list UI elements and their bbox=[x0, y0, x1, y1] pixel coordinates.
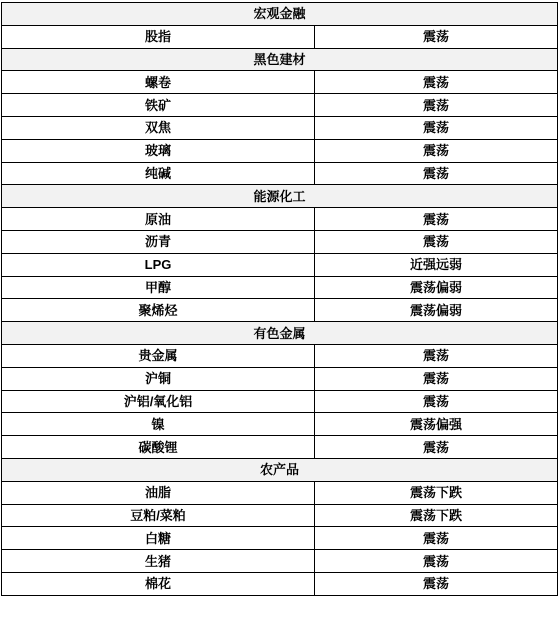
trend-cell: 震荡 bbox=[315, 162, 558, 185]
section-header-row: 能源化工 bbox=[2, 185, 558, 208]
table-row: 甲醇震荡偏弱 bbox=[2, 276, 558, 299]
table-row: 豆粕/菜粕震荡下跌 bbox=[2, 504, 558, 527]
table-row: 沥青震荡 bbox=[2, 230, 558, 253]
table-row: 铁矿震荡 bbox=[2, 94, 558, 117]
section-header-cell: 黑色建材 bbox=[2, 48, 558, 71]
table-row: 生猪震荡 bbox=[2, 550, 558, 573]
table-row: 原油震荡 bbox=[2, 208, 558, 231]
table-body: 宏观金融股指震荡黑色建材螺卷震荡铁矿震荡双焦震荡玻璃震荡纯碱震荡能源化工原油震荡… bbox=[2, 3, 558, 596]
trend-cell: 震荡偏强 bbox=[315, 413, 558, 436]
instrument-cell: 棉花 bbox=[2, 572, 315, 595]
instrument-cell: 镍 bbox=[2, 413, 315, 436]
section-header-cell: 农产品 bbox=[2, 458, 558, 481]
instrument-cell: 白糖 bbox=[2, 527, 315, 550]
table-row: 股指震荡 bbox=[2, 25, 558, 48]
trend-cell: 震荡下跌 bbox=[315, 481, 558, 504]
instrument-cell: 铁矿 bbox=[2, 94, 315, 117]
instrument-cell: 双焦 bbox=[2, 116, 315, 139]
table-row: 白糖震荡 bbox=[2, 527, 558, 550]
section-header-row: 有色金属 bbox=[2, 322, 558, 345]
trend-cell: 震荡 bbox=[315, 436, 558, 459]
table-row: 贵金属震荡 bbox=[2, 344, 558, 367]
trend-cell: 震荡 bbox=[315, 25, 558, 48]
instrument-cell: 聚烯烃 bbox=[2, 299, 315, 322]
table-row: LPG近强远弱 bbox=[2, 253, 558, 276]
section-header-row: 农产品 bbox=[2, 458, 558, 481]
instrument-cell: LPG bbox=[2, 253, 315, 276]
trend-cell: 震荡 bbox=[315, 208, 558, 231]
trend-cell: 震荡 bbox=[315, 572, 558, 595]
section-header-cell: 能源化工 bbox=[2, 185, 558, 208]
table-row: 沪铜震荡 bbox=[2, 367, 558, 390]
instrument-cell: 甲醇 bbox=[2, 276, 315, 299]
table-row: 沪铝/氧化铝震荡 bbox=[2, 390, 558, 413]
trend-cell: 震荡 bbox=[315, 550, 558, 573]
table-row: 双焦震荡 bbox=[2, 116, 558, 139]
instrument-cell: 沪铝/氧化铝 bbox=[2, 390, 315, 413]
instrument-cell: 螺卷 bbox=[2, 71, 315, 94]
instrument-cell: 生猪 bbox=[2, 550, 315, 573]
market-outlook-table: 宏观金融股指震荡黑色建材螺卷震荡铁矿震荡双焦震荡玻璃震荡纯碱震荡能源化工原油震荡… bbox=[1, 2, 558, 596]
instrument-cell: 纯碱 bbox=[2, 162, 315, 185]
section-header-cell: 宏观金融 bbox=[2, 3, 558, 26]
table-row: 碳酸锂震荡 bbox=[2, 436, 558, 459]
table-row: 螺卷震荡 bbox=[2, 71, 558, 94]
instrument-cell: 沪铜 bbox=[2, 367, 315, 390]
trend-cell: 震荡 bbox=[315, 71, 558, 94]
trend-cell: 震荡 bbox=[315, 139, 558, 162]
trend-cell: 震荡 bbox=[315, 390, 558, 413]
section-header-row: 黑色建材 bbox=[2, 48, 558, 71]
table-row: 棉花震荡 bbox=[2, 572, 558, 595]
trend-cell: 震荡偏弱 bbox=[315, 299, 558, 322]
instrument-cell: 原油 bbox=[2, 208, 315, 231]
trend-cell: 震荡 bbox=[315, 367, 558, 390]
instrument-cell: 豆粕/菜粕 bbox=[2, 504, 315, 527]
section-header-cell: 有色金属 bbox=[2, 322, 558, 345]
instrument-cell: 股指 bbox=[2, 25, 315, 48]
section-header-row: 宏观金融 bbox=[2, 3, 558, 26]
instrument-cell: 油脂 bbox=[2, 481, 315, 504]
instrument-cell: 玻璃 bbox=[2, 139, 315, 162]
trend-cell: 震荡 bbox=[315, 230, 558, 253]
instrument-cell: 沥青 bbox=[2, 230, 315, 253]
trend-cell: 近强远弱 bbox=[315, 253, 558, 276]
trend-cell: 震荡 bbox=[315, 344, 558, 367]
table-row: 镍震荡偏强 bbox=[2, 413, 558, 436]
table-row: 玻璃震荡 bbox=[2, 139, 558, 162]
trend-cell: 震荡偏弱 bbox=[315, 276, 558, 299]
table-row: 纯碱震荡 bbox=[2, 162, 558, 185]
trend-cell: 震荡下跌 bbox=[315, 504, 558, 527]
table-row: 聚烯烃震荡偏弱 bbox=[2, 299, 558, 322]
trend-cell: 震荡 bbox=[315, 116, 558, 139]
table-row: 油脂震荡下跌 bbox=[2, 481, 558, 504]
instrument-cell: 碳酸锂 bbox=[2, 436, 315, 459]
market-outlook-container: 宏观金融股指震荡黑色建材螺卷震荡铁矿震荡双焦震荡玻璃震荡纯碱震荡能源化工原油震荡… bbox=[0, 0, 560, 598]
trend-cell: 震荡 bbox=[315, 94, 558, 117]
instrument-cell: 贵金属 bbox=[2, 344, 315, 367]
trend-cell: 震荡 bbox=[315, 527, 558, 550]
